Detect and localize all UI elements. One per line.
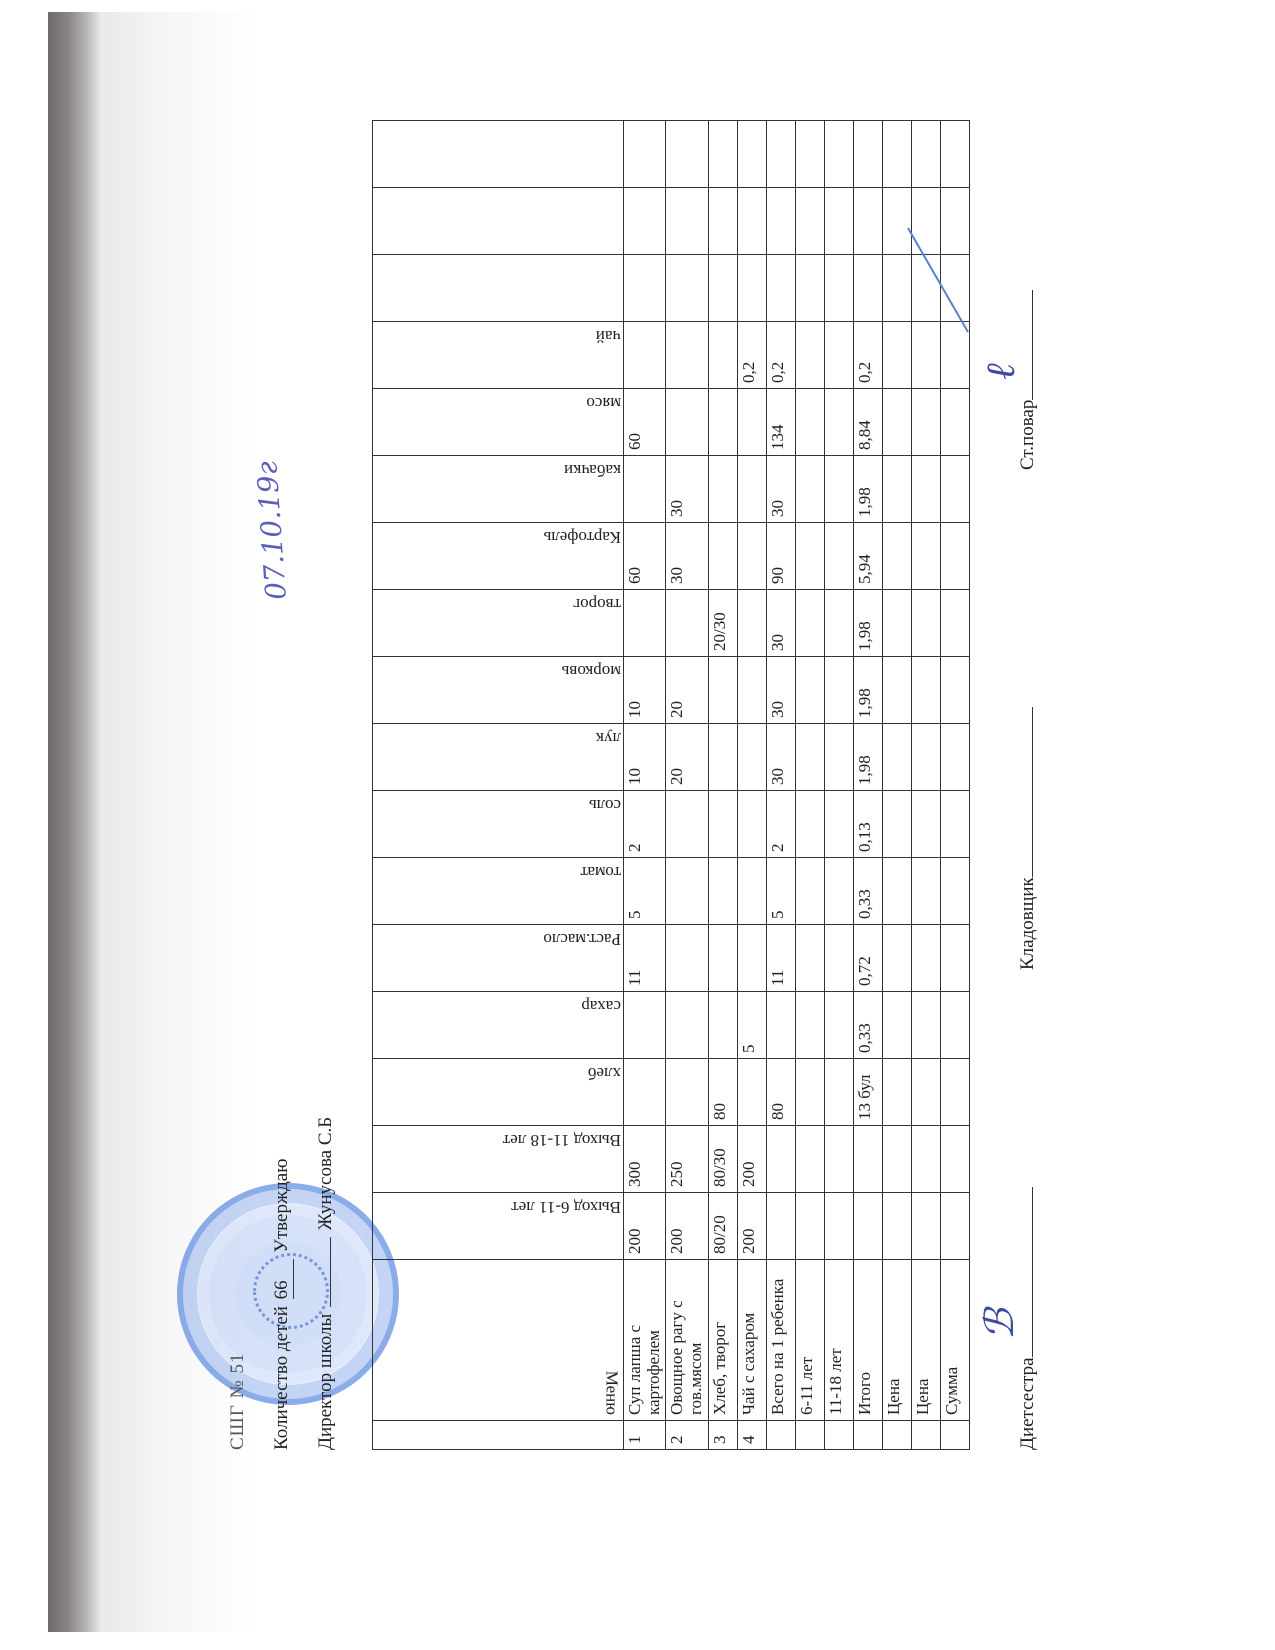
table-cell xyxy=(737,456,766,523)
column-header: Выход 6-11 лет xyxy=(373,1193,624,1260)
table-cell: 11 xyxy=(766,925,795,992)
column-header-label: чай xyxy=(596,327,621,346)
table-cell xyxy=(940,1059,969,1126)
table-cell xyxy=(666,590,708,657)
table-cell: 30 xyxy=(666,523,708,590)
table-cell: 0,2 xyxy=(737,322,766,389)
table-cell xyxy=(708,456,737,523)
table-cell xyxy=(882,389,911,456)
table-cell xyxy=(795,724,824,791)
table-cell xyxy=(853,1193,882,1260)
table-cell xyxy=(666,858,708,925)
table-cell xyxy=(824,255,853,322)
table-cell: 5 xyxy=(766,858,795,925)
column-header-label: Выход 6-11 лет xyxy=(511,1198,621,1217)
row-number: 3 xyxy=(708,1421,737,1450)
table-cell: 8,84 xyxy=(853,389,882,456)
table-cell xyxy=(824,657,853,724)
table-cell xyxy=(940,590,969,657)
table-cell xyxy=(795,1059,824,1126)
column-header-label: Картофель xyxy=(544,528,621,547)
director-signature-line xyxy=(330,1237,331,1307)
table-cell xyxy=(882,724,911,791)
table-cell xyxy=(940,925,969,992)
table-cell xyxy=(824,1193,853,1260)
table-cell xyxy=(824,1059,853,1126)
table-cell xyxy=(824,456,853,523)
column-header-label: кабачки xyxy=(564,461,621,480)
table-cell xyxy=(911,1193,940,1260)
table-row: Сумма xyxy=(940,121,969,1450)
table-cell: 0,72 xyxy=(853,925,882,992)
table-cell xyxy=(766,121,795,188)
table-cell: 60 xyxy=(624,523,666,590)
column-header xyxy=(373,1421,624,1450)
table-cell: 80/20 xyxy=(708,1193,737,1260)
table-cell xyxy=(882,456,911,523)
table-cell xyxy=(624,590,666,657)
table-cell xyxy=(666,992,708,1059)
table-cell: 30 xyxy=(766,590,795,657)
table-cell xyxy=(795,992,824,1059)
table-cell xyxy=(824,1126,853,1193)
row-number xyxy=(940,1421,969,1450)
column-header: хлеб xyxy=(373,1059,624,1126)
chef-signature: ℓ xyxy=(977,363,1024,380)
column-header-label: творог xyxy=(573,595,621,614)
table-cell xyxy=(624,456,666,523)
table-cell: 30 xyxy=(666,456,708,523)
table-row: 1Суп лапша с картофелем20030011521010606… xyxy=(624,121,666,1450)
director-label: Директор школы xyxy=(315,1314,336,1450)
menu-table: МенюВыход 6-11 летВыход 11-18 летхлебсах… xyxy=(372,120,970,1450)
table-cell xyxy=(824,858,853,925)
column-header-label: морковь xyxy=(562,662,621,681)
table-cell xyxy=(911,523,940,590)
table-cell xyxy=(911,590,940,657)
scan-edge-shadow xyxy=(48,12,100,1632)
chef-label: Ст.повар xyxy=(1017,400,1038,470)
column-header: кабачки xyxy=(373,456,624,523)
column-header xyxy=(373,188,624,255)
row-number xyxy=(824,1421,853,1450)
table-cell xyxy=(911,1126,940,1193)
dietitian-signature-field xyxy=(1032,1187,1033,1357)
table-cell xyxy=(940,523,969,590)
table-cell xyxy=(882,1193,911,1260)
table-cell xyxy=(882,322,911,389)
dish-name: Цена xyxy=(911,1260,940,1421)
table-cell: 1,98 xyxy=(853,590,882,657)
table-cell xyxy=(940,791,969,858)
table-cell xyxy=(911,322,940,389)
table-cell xyxy=(766,1193,795,1260)
table-cell xyxy=(940,858,969,925)
table-cell xyxy=(737,791,766,858)
column-header: морковь xyxy=(373,657,624,724)
table-cell xyxy=(882,121,911,188)
table-cell: 200 xyxy=(737,1193,766,1260)
table-cell xyxy=(795,1126,824,1193)
table-cell xyxy=(882,1126,911,1193)
table-cell xyxy=(940,456,969,523)
table-cell: 2 xyxy=(624,791,666,858)
table-cell xyxy=(624,121,666,188)
table-cell xyxy=(824,992,853,1059)
table-cell: 5,94 xyxy=(853,523,882,590)
table-cell: 80/30 xyxy=(708,1126,737,1193)
table-cell: 90 xyxy=(766,523,795,590)
table-cell xyxy=(666,925,708,992)
table-cell xyxy=(911,724,940,791)
table-cell: 0,2 xyxy=(853,322,882,389)
dish-name: Чай с сахаром xyxy=(737,1260,766,1421)
table-cell: 30 xyxy=(766,657,795,724)
table-cell xyxy=(882,188,911,255)
children-count-label: Количество детей xyxy=(271,1306,292,1450)
table-cell xyxy=(666,255,708,322)
column-header: томат xyxy=(373,858,624,925)
table-cell xyxy=(882,1059,911,1126)
table-cell xyxy=(708,255,737,322)
scan-bottom-margin xyxy=(48,1632,1225,1650)
table-cell xyxy=(737,523,766,590)
column-header: Выход 11-18 лет xyxy=(373,1126,624,1193)
storekeeper-signature-line: Кладовщик xyxy=(1017,707,1039,970)
column-header: Раст.масло xyxy=(373,925,624,992)
table-cell xyxy=(882,657,911,724)
table-cell xyxy=(911,255,940,322)
table-cell xyxy=(737,1059,766,1126)
column-header-label: Раст.масло xyxy=(543,930,621,949)
dish-name: Цена xyxy=(882,1260,911,1421)
column-header-label: лук xyxy=(596,729,621,748)
table-cell: 13 бул xyxy=(853,1059,882,1126)
column-header: чай xyxy=(373,322,624,389)
table-cell xyxy=(708,322,737,389)
table-cell xyxy=(737,657,766,724)
table-cell: 134 xyxy=(766,389,795,456)
table-cell xyxy=(940,389,969,456)
table-cell: 10 xyxy=(624,657,666,724)
table-cell xyxy=(940,992,969,1059)
column-header: творог xyxy=(373,590,624,657)
table-cell xyxy=(795,791,824,858)
table-cell xyxy=(824,724,853,791)
table-cell xyxy=(911,456,940,523)
table-cell: 1,98 xyxy=(853,657,882,724)
table-cell xyxy=(624,1059,666,1126)
director-name: Жунусова С.Б xyxy=(315,1117,336,1230)
table-cell: 250 xyxy=(666,1126,708,1193)
column-header-label: Меню xyxy=(602,1371,621,1415)
children-count-line: Количество детей 66 Утверждаю xyxy=(271,1159,294,1450)
table-cell xyxy=(737,121,766,188)
dish-name: 6-11 лет xyxy=(795,1260,824,1421)
table-cell xyxy=(911,992,940,1059)
dish-name: Хлеб, творог xyxy=(708,1260,737,1421)
table-cell xyxy=(708,858,737,925)
table-row: 2Овощное рагу с гов.мясом20025020203030 xyxy=(666,121,708,1450)
table-cell xyxy=(737,188,766,255)
table-cell xyxy=(795,255,824,322)
dish-name: Всего на 1 ребенка xyxy=(766,1260,795,1421)
table-cell xyxy=(824,523,853,590)
table-cell xyxy=(737,590,766,657)
menu-document: СШГ № 51 Количество детей 66 Утверждаю Д… xyxy=(197,100,1077,1580)
dish-name: Овощное рагу с гов.мясом xyxy=(666,1260,708,1421)
table-cell xyxy=(882,791,911,858)
approve-label: Утверждаю xyxy=(271,1159,292,1253)
table-cell xyxy=(737,389,766,456)
table-cell: 200 xyxy=(624,1193,666,1260)
table-cell xyxy=(766,992,795,1059)
dish-name: Суп лапша с картофелем xyxy=(624,1260,666,1421)
table-cell xyxy=(795,523,824,590)
table-cell xyxy=(737,255,766,322)
table-row: Цена xyxy=(882,121,911,1450)
table-cell xyxy=(666,389,708,456)
table-cell xyxy=(766,1126,795,1193)
table-cell xyxy=(940,121,969,188)
table-cell: 10 xyxy=(624,724,666,791)
table-cell xyxy=(795,657,824,724)
dietitian-signature: ℬ xyxy=(977,1309,1023,1340)
row-number xyxy=(766,1421,795,1450)
table-cell xyxy=(708,523,737,590)
row-number xyxy=(882,1421,911,1450)
dish-name: 11-18 лет xyxy=(824,1260,853,1421)
table-cell xyxy=(824,389,853,456)
table-cell xyxy=(911,858,940,925)
table-cell xyxy=(824,121,853,188)
table-cell xyxy=(737,925,766,992)
table-cell xyxy=(737,858,766,925)
table-body: 1Суп лапша с картофелем20030011521010606… xyxy=(624,121,970,1450)
table-cell xyxy=(708,925,737,992)
row-number: 1 xyxy=(624,1421,666,1450)
table-cell: 20/30 xyxy=(708,590,737,657)
table-row: 11-18 лет xyxy=(824,121,853,1450)
table-cell xyxy=(708,121,737,188)
row-number xyxy=(911,1421,940,1450)
row-number: 2 xyxy=(666,1421,708,1450)
table-cell: 2 xyxy=(766,791,795,858)
column-header-label: мясо xyxy=(586,394,621,413)
table-cell: 200 xyxy=(666,1193,708,1260)
table-cell xyxy=(911,657,940,724)
table-cell xyxy=(882,255,911,322)
table-cell xyxy=(666,188,708,255)
children-count-value: 66 xyxy=(271,1259,294,1299)
column-header-label: хлеб xyxy=(588,1064,621,1083)
table-cell xyxy=(911,389,940,456)
table-cell: 0,2 xyxy=(766,322,795,389)
table-cell xyxy=(795,456,824,523)
table-cell xyxy=(795,389,824,456)
table-cell xyxy=(708,188,737,255)
table-cell xyxy=(911,1059,940,1126)
table-cell xyxy=(824,188,853,255)
table-row: 3Хлеб, творог80/2080/308020/30 xyxy=(708,121,737,1450)
table-cell xyxy=(940,188,969,255)
table-cell xyxy=(911,925,940,992)
table-cell: 300 xyxy=(624,1126,666,1193)
table-cell xyxy=(824,791,853,858)
table-cell xyxy=(708,791,737,858)
table-cell xyxy=(624,322,666,389)
table-cell xyxy=(853,188,882,255)
column-header-label: Выход 11-18 лет xyxy=(503,1131,621,1150)
school-name: СШГ № 51 xyxy=(227,1353,249,1450)
table-cell xyxy=(666,791,708,858)
table-cell: 60 xyxy=(624,389,666,456)
chef-signature-field xyxy=(1032,290,1033,400)
table-cell xyxy=(708,657,737,724)
table-row: Цена xyxy=(911,121,940,1450)
column-header: сахар xyxy=(373,992,624,1059)
table-cell xyxy=(708,724,737,791)
table-cell xyxy=(940,1126,969,1193)
table-cell xyxy=(624,255,666,322)
storekeeper-signature-field xyxy=(1032,707,1033,877)
dish-name: Итого xyxy=(853,1260,882,1421)
table-cell: 20 xyxy=(666,724,708,791)
table-cell xyxy=(824,322,853,389)
column-header: мясо xyxy=(373,389,624,456)
table-cell: 5 xyxy=(737,992,766,1059)
column-header: Картофель xyxy=(373,523,624,590)
scan-background xyxy=(0,0,48,1650)
table-cell xyxy=(853,121,882,188)
table-cell xyxy=(795,925,824,992)
dish-name: Сумма xyxy=(940,1260,969,1421)
table-cell: 1,98 xyxy=(853,456,882,523)
column-header-label: томат xyxy=(580,863,621,882)
column-header: соль xyxy=(373,791,624,858)
handwritten-date: 07.10.19г xyxy=(250,460,293,601)
table-cell xyxy=(737,724,766,791)
table-cell xyxy=(624,992,666,1059)
table-cell xyxy=(882,925,911,992)
table-cell xyxy=(766,188,795,255)
table-cell xyxy=(853,255,882,322)
table-header-row: МенюВыход 6-11 летВыход 11-18 летхлебсах… xyxy=(373,121,624,1450)
table-cell xyxy=(824,590,853,657)
table-cell xyxy=(708,389,737,456)
row-number xyxy=(795,1421,824,1450)
table-cell: 0,33 xyxy=(853,992,882,1059)
table-cell xyxy=(795,121,824,188)
table-cell xyxy=(824,925,853,992)
table-row: 4Чай с сахаром20020050,2 xyxy=(737,121,766,1450)
table-row: Всего на 1 ребенка80115230303090301340,2 xyxy=(766,121,795,1450)
table-cell xyxy=(882,992,911,1059)
table-cell xyxy=(940,724,969,791)
table-cell: 0,13 xyxy=(853,791,882,858)
row-number: 4 xyxy=(737,1421,766,1450)
column-header: лук xyxy=(373,724,624,791)
table-cell xyxy=(624,188,666,255)
table-cell xyxy=(940,1193,969,1260)
table-cell xyxy=(795,322,824,389)
table-cell xyxy=(882,523,911,590)
table-cell: 11 xyxy=(624,925,666,992)
table-cell xyxy=(766,255,795,322)
table-cell xyxy=(795,188,824,255)
table-cell xyxy=(911,121,940,188)
column-header-label: соль xyxy=(589,796,621,815)
table-cell xyxy=(853,1126,882,1193)
table-cell xyxy=(795,1193,824,1260)
table-cell xyxy=(882,858,911,925)
column-header-label: сахар xyxy=(581,997,621,1016)
table-row: Итого13 бул0,330,720,330,131,981,981,985… xyxy=(853,121,882,1450)
table-cell xyxy=(940,657,969,724)
table-cell: 80 xyxy=(766,1059,795,1126)
table-cell xyxy=(795,590,824,657)
table-cell xyxy=(666,1059,708,1126)
table-cell xyxy=(795,858,824,925)
table-cell xyxy=(666,322,708,389)
table-cell: 200 xyxy=(737,1126,766,1193)
table-cell: 80 xyxy=(708,1059,737,1126)
table-cell: 5 xyxy=(624,858,666,925)
dietitian-label: Диетсестра xyxy=(1017,1357,1038,1450)
table-cell xyxy=(911,791,940,858)
storekeeper-label: Кладовщик xyxy=(1017,877,1038,970)
column-header xyxy=(373,121,624,188)
row-number xyxy=(853,1421,882,1450)
table-cell xyxy=(940,322,969,389)
column-header: Меню xyxy=(373,1260,624,1421)
table-cell xyxy=(666,121,708,188)
column-header xyxy=(373,255,624,322)
table-cell: 1,98 xyxy=(853,724,882,791)
table-cell xyxy=(708,992,737,1059)
table-cell: 30 xyxy=(766,456,795,523)
table-cell xyxy=(882,590,911,657)
table-cell: 20 xyxy=(666,657,708,724)
table-row: 6-11 лет xyxy=(795,121,824,1450)
director-line: Директор школы Жунусова С.Б xyxy=(315,1117,337,1450)
table-cell: 30 xyxy=(766,724,795,791)
table-cell: 0,33 xyxy=(853,858,882,925)
